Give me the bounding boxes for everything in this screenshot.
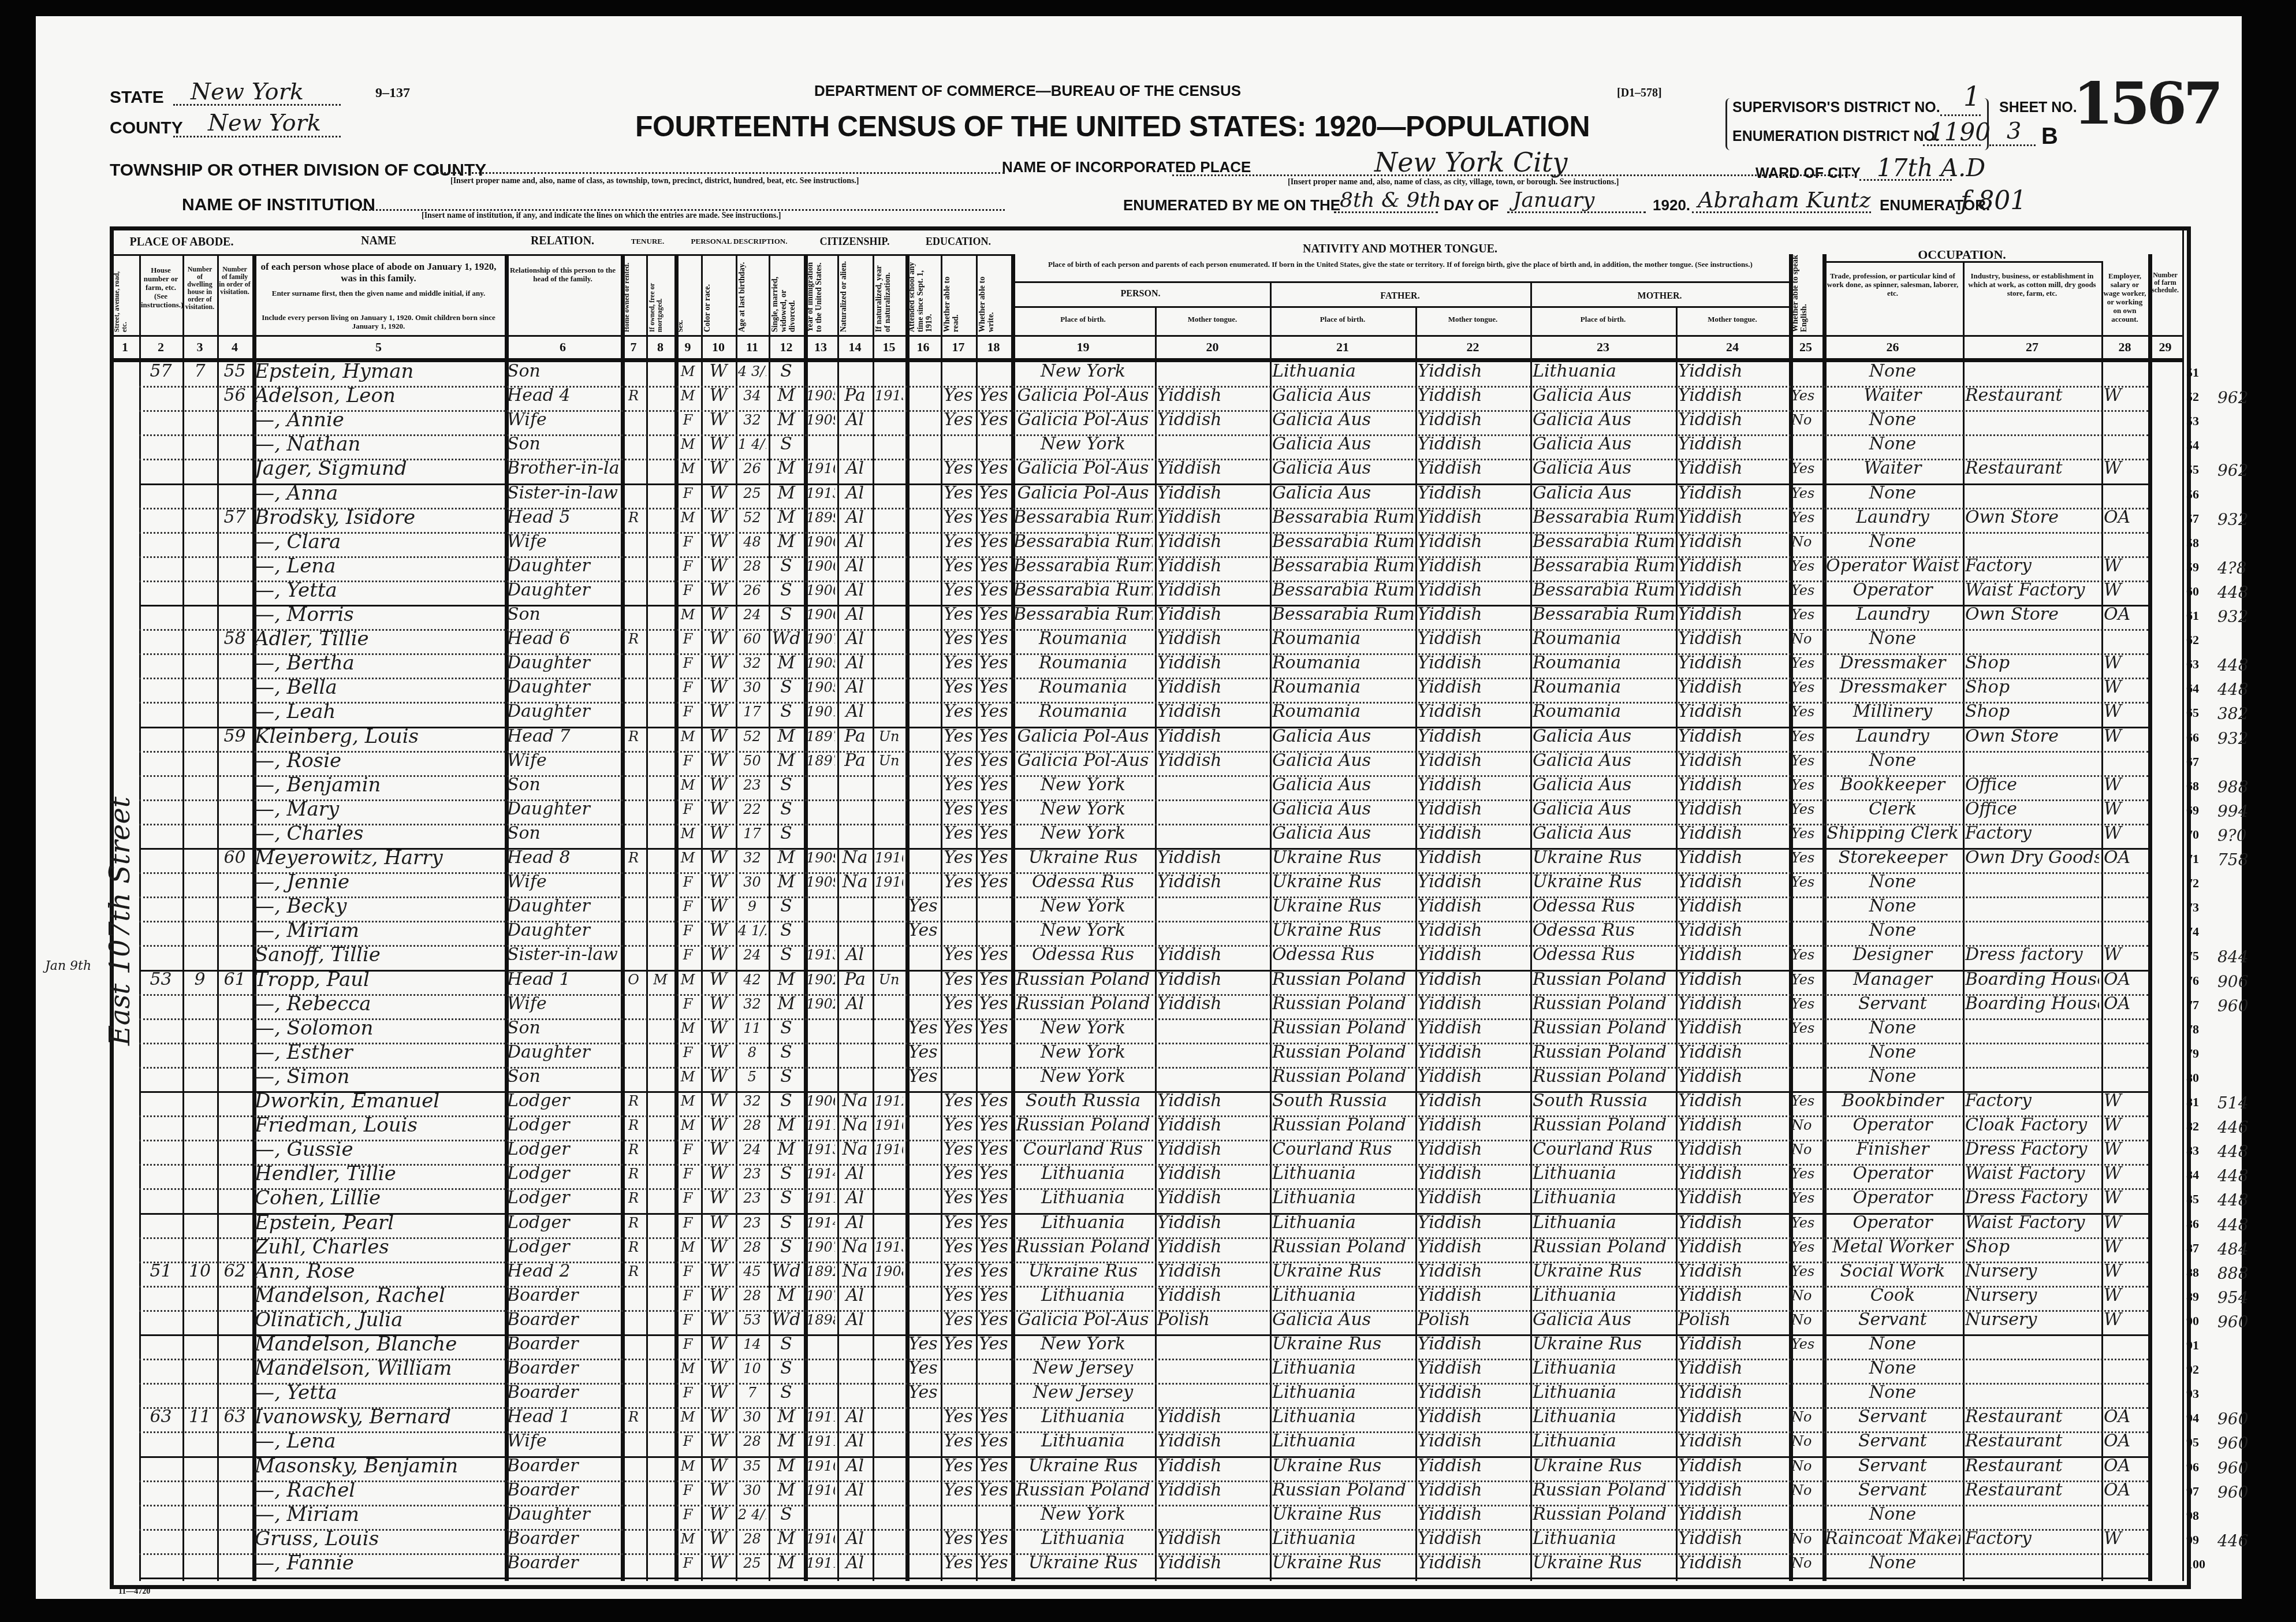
cell-immig: 1909 — [806, 846, 835, 870]
cell-tenure: R — [623, 1162, 644, 1186]
cell-write: Yes — [978, 1429, 1009, 1453]
column-header-15: If naturalized, year of naturalization. — [875, 260, 903, 332]
cell-family — [219, 1308, 250, 1332]
cell-sex: F — [677, 797, 699, 821]
cell-pob: Odessa Rus — [1013, 943, 1153, 967]
cell-mmt: Yiddish — [1678, 894, 1787, 918]
cell-farm — [2150, 894, 2180, 918]
cell-pob: Galicia Pol-Aus — [1013, 724, 1153, 749]
cell-immig: 1900 — [806, 554, 835, 578]
cell-dwelling — [185, 481, 215, 505]
cell-pob: Galicia Pol-Aus — [1013, 481, 1153, 505]
cell-name: —, Rosie — [255, 749, 502, 773]
cell-nat: Al — [840, 1527, 870, 1551]
cell-ind — [1965, 870, 2099, 894]
line-number: 93 — [2186, 1382, 2199, 1406]
cell-emp — [2104, 918, 2146, 943]
cell-family — [219, 700, 250, 724]
incorporated-place-value: New York City — [1374, 147, 1567, 178]
cell-pob: Roumania — [1013, 627, 1153, 651]
cell-natyr: 1908 — [875, 1259, 903, 1284]
column-number-27: 27 — [1963, 340, 2101, 355]
cell-occ: Servant — [1825, 1405, 1960, 1429]
cell-nat — [840, 1016, 870, 1040]
cell-relation: Lodger — [507, 1089, 618, 1113]
cell-dwelling — [185, 700, 215, 724]
cell-emp: OA — [2104, 846, 2146, 870]
cell-nat: Al — [840, 578, 870, 602]
cell-fmt: Yiddish — [1418, 651, 1528, 675]
cell-marital: S — [771, 943, 802, 967]
cell-age: 52 — [738, 724, 766, 749]
cell-race: W — [703, 1551, 733, 1575]
cell-eng: Yes — [1791, 384, 1820, 408]
cell-fmt: Yiddish — [1418, 870, 1528, 894]
cell-farm — [2150, 359, 2180, 384]
cell-mpob: Galicia Aus — [1533, 773, 1673, 797]
cell-eng: No — [1791, 1527, 1820, 1551]
cell-read: Yes — [943, 481, 974, 505]
cell-mt: Yiddish — [1157, 870, 1268, 894]
cell-pob: New York — [1013, 1040, 1153, 1065]
cell-relation: Lodger — [507, 1162, 618, 1186]
cell-mort — [648, 1259, 672, 1284]
cell-mort — [648, 1527, 672, 1551]
cell-name: —, Yetta — [255, 578, 502, 602]
cell-mmt: Yiddish — [1678, 1454, 1787, 1478]
cell-natyr — [875, 1478, 903, 1502]
cell-family — [219, 749, 250, 773]
cell-farm — [2150, 1308, 2180, 1332]
cell-tenure: R — [623, 1113, 644, 1137]
cell-tenure — [623, 602, 644, 627]
cell-mpob: Russian Poland — [1533, 968, 1673, 992]
cell-read: Yes — [943, 1113, 974, 1137]
cell-occ: Operator — [1825, 578, 1960, 602]
cell-house: 51 — [141, 1259, 180, 1284]
line-number: 68 — [2186, 774, 2199, 798]
cell-fmt: Yiddish — [1418, 1113, 1528, 1137]
cell-relation: Head 1 — [507, 968, 618, 992]
line-number: 61 — [2186, 604, 2199, 628]
cell-marital: M — [771, 992, 802, 1016]
cell-immig — [806, 432, 835, 456]
cell-fmt: Yiddish — [1418, 1527, 1528, 1551]
cell-fmt: Yiddish — [1418, 602, 1528, 627]
cell-mpob: Ukraine Rus — [1533, 1332, 1673, 1356]
cell-immig: 1902 — [806, 992, 835, 1016]
cell-age: 7 — [738, 1381, 766, 1405]
cell-natyr — [875, 918, 903, 943]
cell-write: Yes — [978, 846, 1009, 870]
cell-age: 1 4/12 — [738, 432, 766, 456]
cell-ind: Shop — [1965, 1235, 2099, 1259]
cell-fmt: Yiddish — [1418, 797, 1528, 821]
cell-sex: F — [677, 1137, 699, 1162]
cell-nat: Pa — [840, 384, 870, 408]
cell-occ: Laundry — [1825, 724, 1960, 749]
cell-mt — [1157, 918, 1268, 943]
cell-emp — [2104, 1332, 2146, 1356]
cell-pob: Bessarabia Rum — [1013, 602, 1153, 627]
cell-emp — [2104, 432, 2146, 456]
cell-age: 11 — [738, 1016, 766, 1040]
cell-dwelling — [185, 505, 215, 530]
cell-age: 9 — [738, 894, 766, 918]
line-number: 62 — [2186, 628, 2199, 652]
cell-emp: W — [2104, 1137, 2146, 1162]
cell-age: 30 — [738, 675, 766, 700]
column-divider — [2182, 226, 2184, 1581]
cell-family — [219, 578, 250, 602]
cell-tenure: R — [623, 1405, 644, 1429]
cell-farm — [2150, 1478, 2180, 1502]
enumerator-name: Abraham Kuntz — [1698, 187, 1871, 213]
cell-relation: Son — [507, 821, 618, 846]
cell-family — [219, 1016, 250, 1040]
cell-tenure — [623, 1356, 644, 1381]
cell-eng: Yes — [1791, 749, 1820, 773]
cell-name: —, Bella — [255, 675, 502, 700]
cell-pob: Lithuania — [1013, 1162, 1153, 1186]
cell-mt — [1157, 432, 1268, 456]
cell-mmt: Yiddish — [1678, 432, 1787, 456]
cell-immig: 1897 — [806, 749, 835, 773]
cell-age: 32 — [738, 651, 766, 675]
cell-mmt: Yiddish — [1678, 1211, 1787, 1235]
cell-marital: M — [771, 1284, 802, 1308]
cell-write: Yes — [978, 408, 1009, 432]
cell-nat: Na — [840, 1137, 870, 1162]
cell-relation: Lodger — [507, 1211, 618, 1235]
cell-immig: 1910 — [806, 456, 835, 481]
cell-fmt: Yiddish — [1418, 505, 1528, 530]
line-number: 72 — [2186, 871, 2199, 895]
cell-pob: Lithuania — [1013, 1186, 1153, 1210]
cell-mt: Yiddish — [1157, 408, 1268, 432]
cell-pob: Roumania — [1013, 651, 1153, 675]
cell-race: W — [703, 918, 733, 943]
cell-race: W — [703, 384, 733, 408]
cell-family — [219, 1332, 250, 1356]
cell-dwelling — [185, 384, 215, 408]
cell-house — [141, 870, 180, 894]
cell-nat: Al — [840, 627, 870, 651]
cell-ind: Nursery — [1965, 1259, 2099, 1284]
cell-fmt: Yiddish — [1418, 943, 1528, 967]
cell-race: W — [703, 554, 733, 578]
cell-mort — [648, 797, 672, 821]
cell-race: W — [703, 870, 733, 894]
cell-sex: F — [677, 700, 699, 724]
cell-marital: Wd — [771, 627, 802, 651]
cell-immig: 1911 — [806, 1405, 835, 1429]
cell-fpob: Ukraine Rus — [1272, 1259, 1413, 1284]
cell-age: 28 — [738, 1429, 766, 1453]
cell-mpob: Russian Poland — [1533, 1235, 1673, 1259]
cell-fpob: Bessarabia Rum — [1272, 505, 1413, 530]
cell-fmt: Yiddish — [1418, 749, 1528, 773]
cell-marital: S — [771, 1235, 802, 1259]
cell-fpob: Lithuania — [1272, 1211, 1413, 1235]
cell-ind — [1965, 432, 2099, 456]
cell-ind — [1965, 1356, 2099, 1381]
line-number: 77 — [2186, 993, 2199, 1017]
cell-farm — [2150, 1211, 2180, 1235]
cell-emp — [2104, 1356, 2146, 1381]
cell-family: 60 — [219, 846, 250, 870]
cell-age: 17 — [738, 700, 766, 724]
cell-read: Yes — [943, 1527, 974, 1551]
cell-house — [141, 1137, 180, 1162]
occupation-divider — [1822, 261, 2101, 263]
cell-write: Yes — [978, 554, 1009, 578]
cell-farm — [2150, 1527, 2180, 1551]
cell-pob: New York — [1013, 432, 1153, 456]
cell-house: 63 — [141, 1405, 180, 1429]
cell-emp — [2104, 408, 2146, 432]
cell-natyr — [875, 1016, 903, 1040]
cell-nat: Al — [840, 943, 870, 967]
cell-school — [908, 1308, 938, 1332]
cell-occ: Storekeeper — [1825, 846, 1960, 870]
cell-emp: W — [2104, 1235, 2146, 1259]
cell-fmt: Polish — [1418, 1308, 1528, 1332]
cell-marital: M — [771, 968, 802, 992]
cell-house — [141, 846, 180, 870]
cell-race: W — [703, 627, 733, 651]
cell-mpob: Galicia Aus — [1533, 821, 1673, 846]
cell-house — [141, 992, 180, 1016]
cell-ind: Factory — [1965, 1527, 2099, 1551]
cell-relation: Head 2 — [507, 1259, 618, 1284]
cell-family — [219, 1235, 250, 1259]
column-number-14: 14 — [837, 340, 873, 355]
cell-read: Yes — [943, 1235, 974, 1259]
cell-pob: New Jersey — [1013, 1356, 1153, 1381]
cell-family — [219, 1356, 250, 1381]
cell-age: 26 — [738, 578, 766, 602]
cell-pob: Lithuania — [1013, 1527, 1153, 1551]
cell-mmt: Yiddish — [1678, 1502, 1787, 1527]
column-divider — [1155, 306, 1157, 1581]
cell-age: 23 — [738, 773, 766, 797]
cell-write — [978, 894, 1009, 918]
cell-marital: S — [771, 1065, 802, 1089]
cell-tenure — [623, 1429, 644, 1453]
cell-eng — [1791, 918, 1820, 943]
cell-farm — [2150, 749, 2180, 773]
column-number-15: 15 — [873, 340, 905, 355]
cell-emp: W — [2104, 724, 2146, 749]
cell-family — [219, 1186, 250, 1210]
cell-house — [141, 481, 180, 505]
cell-nat — [840, 432, 870, 456]
cell-fpob: Galicia Aus — [1272, 456, 1413, 481]
cell-name: —, Yetta — [255, 1381, 502, 1405]
cell-eng: Yes — [1791, 968, 1820, 992]
cell-mort — [648, 578, 672, 602]
cell-fpob: Ukraine Rus — [1272, 894, 1413, 918]
cell-mmt: Yiddish — [1678, 1332, 1787, 1356]
cell-immig — [806, 797, 835, 821]
cell-school — [908, 432, 938, 456]
cell-dwelling — [185, 1284, 215, 1308]
cell-pob: Lithuania — [1013, 1405, 1153, 1429]
cell-write — [978, 918, 1009, 943]
cell-mort — [648, 651, 672, 675]
cell-relation: Sister-in-law — [507, 481, 618, 505]
cell-relation: Wife — [507, 992, 618, 1016]
cell-nat — [840, 797, 870, 821]
cell-marital: S — [771, 918, 802, 943]
cell-farm — [2150, 797, 2180, 821]
cell-family: 55 — [219, 359, 250, 384]
cell-school — [908, 1284, 938, 1308]
cell-race: W — [703, 675, 733, 700]
cell-marital: S — [771, 1016, 802, 1040]
state-value: New York — [191, 79, 304, 105]
cell-sex: M — [677, 1016, 699, 1040]
cell-age: 24 — [738, 943, 766, 967]
cell-occ: None — [1825, 1332, 1960, 1356]
cell-tenure — [623, 1284, 644, 1308]
cell-sex: F — [677, 1551, 699, 1575]
cell-mt — [1157, 1065, 1268, 1089]
cell-write: Yes — [978, 968, 1009, 992]
group-relation: RELATION. — [505, 235, 620, 248]
cell-family — [219, 1429, 250, 1453]
cell-mpob: Lithuania — [1533, 1429, 1673, 1453]
cell-house — [141, 1186, 180, 1210]
township-underline — [433, 172, 1005, 174]
cell-school — [908, 1478, 938, 1502]
cell-relation: Daughter — [507, 700, 618, 724]
cell-occ: Shipping Clerk — [1825, 821, 1960, 846]
cell-fmt: Yiddish — [1418, 894, 1528, 918]
cell-emp: OA — [2104, 505, 2146, 530]
cell-race: W — [703, 700, 733, 724]
cell-sex: F — [677, 481, 699, 505]
incorporated-place-label: NAME OF INCORPORATED PLACE — [1002, 158, 1251, 176]
cell-family — [219, 651, 250, 675]
cell-read: Yes — [943, 1454, 974, 1478]
footer-code: 11—4720 — [118, 1587, 150, 1597]
cell-natyr — [875, 408, 903, 432]
cell-sex: F — [677, 870, 699, 894]
cell-pob: Odessa Rus — [1013, 870, 1153, 894]
cell-age: 4 3/12 — [738, 359, 766, 384]
cell-marital: M — [771, 846, 802, 870]
cell-nat: Al — [840, 1211, 870, 1235]
cell-tenure — [623, 749, 644, 773]
occupation-code-note: 960 — [2217, 1407, 2248, 1431]
column-divider — [1676, 306, 1678, 1581]
cell-read: Yes — [943, 943, 974, 967]
cell-relation: Son — [507, 359, 618, 384]
cell-ind — [1965, 1381, 2099, 1405]
cell-marital: S — [771, 578, 802, 602]
cell-write: Yes — [978, 384, 1009, 408]
cell-nat: Al — [840, 1551, 870, 1575]
cell-name: Jager, Sigmund — [255, 456, 502, 481]
cell-eng: No — [1791, 1454, 1820, 1478]
cell-fpob: Ukraine Rus — [1272, 870, 1413, 894]
occupation-code-note: 446 — [2217, 1115, 2248, 1140]
cell-occ: Laundry — [1825, 602, 1960, 627]
cell-eng: Yes — [1791, 554, 1820, 578]
cell-mpob: Galicia Aus — [1533, 384, 1673, 408]
cell-ind — [1965, 918, 2099, 943]
cell-school — [908, 627, 938, 651]
cell-family — [219, 530, 250, 554]
cell-mpob: Roumania — [1533, 651, 1673, 675]
cell-relation: Lodger — [507, 1235, 618, 1259]
cell-fmt: Yiddish — [1418, 432, 1528, 456]
cell-tenure — [623, 1332, 644, 1356]
cell-mort — [648, 1162, 672, 1186]
cell-write — [978, 1356, 1009, 1381]
cell-mort — [648, 1284, 672, 1308]
cell-write: Yes — [978, 992, 1009, 1016]
cell-race: W — [703, 432, 733, 456]
line-number: 65 — [2186, 701, 2199, 725]
cell-dwelling — [185, 918, 215, 943]
cell-fpob: Russian Poland — [1272, 1113, 1413, 1137]
form-number: 9–137 — [375, 85, 410, 101]
cell-emp — [2104, 894, 2146, 918]
column-divider — [941, 254, 942, 1581]
column-number-3: 3 — [182, 340, 217, 355]
cell-natyr — [875, 1527, 903, 1551]
cell-fpob: Ukraine Rus — [1272, 1332, 1413, 1356]
cell-fmt: Yiddish — [1418, 1551, 1528, 1575]
cell-marital: M — [771, 651, 802, 675]
cell-emp — [2104, 749, 2146, 773]
cell-natyr — [875, 1040, 903, 1065]
line-number: 70 — [2186, 823, 2199, 847]
cell-marital: S — [771, 1186, 802, 1210]
cell-house — [141, 1308, 180, 1332]
cell-fmt: Yiddish — [1418, 773, 1528, 797]
cell-fmt: Yiddish — [1418, 675, 1528, 700]
cell-mmt: Yiddish — [1678, 530, 1787, 554]
cell-family — [219, 1478, 250, 1502]
cell-school — [908, 602, 938, 627]
cell-nat: Pa — [840, 749, 870, 773]
cell-name: —, Clara — [255, 530, 502, 554]
cell-emp: W — [2104, 1308, 2146, 1332]
cell-read: Yes — [943, 651, 974, 675]
cell-nat — [840, 773, 870, 797]
cell-family — [219, 432, 250, 456]
line-number: 84 — [2186, 1163, 2199, 1187]
cell-immig: 1892 — [806, 1259, 835, 1284]
cell-fpob: Galicia Aus — [1272, 432, 1413, 456]
cell-ind: Dress Factory — [1965, 1137, 2099, 1162]
cell-mmt: Yiddish — [1678, 1113, 1787, 1137]
cell-mpob: Ukraine Rus — [1533, 1259, 1673, 1284]
cell-ind — [1965, 1065, 2099, 1089]
cell-school — [908, 675, 938, 700]
column-divider — [837, 254, 839, 1581]
cell-marital: S — [771, 602, 802, 627]
cell-marital: S — [771, 359, 802, 384]
cell-marital: S — [771, 894, 802, 918]
supervisor-district-label: SUPERVISOR'S DISTRICT NO. — [1732, 99, 1940, 116]
cell-mpob: Lithuania — [1533, 1356, 1673, 1381]
occupation-code-note: 448 — [2217, 1213, 2248, 1237]
